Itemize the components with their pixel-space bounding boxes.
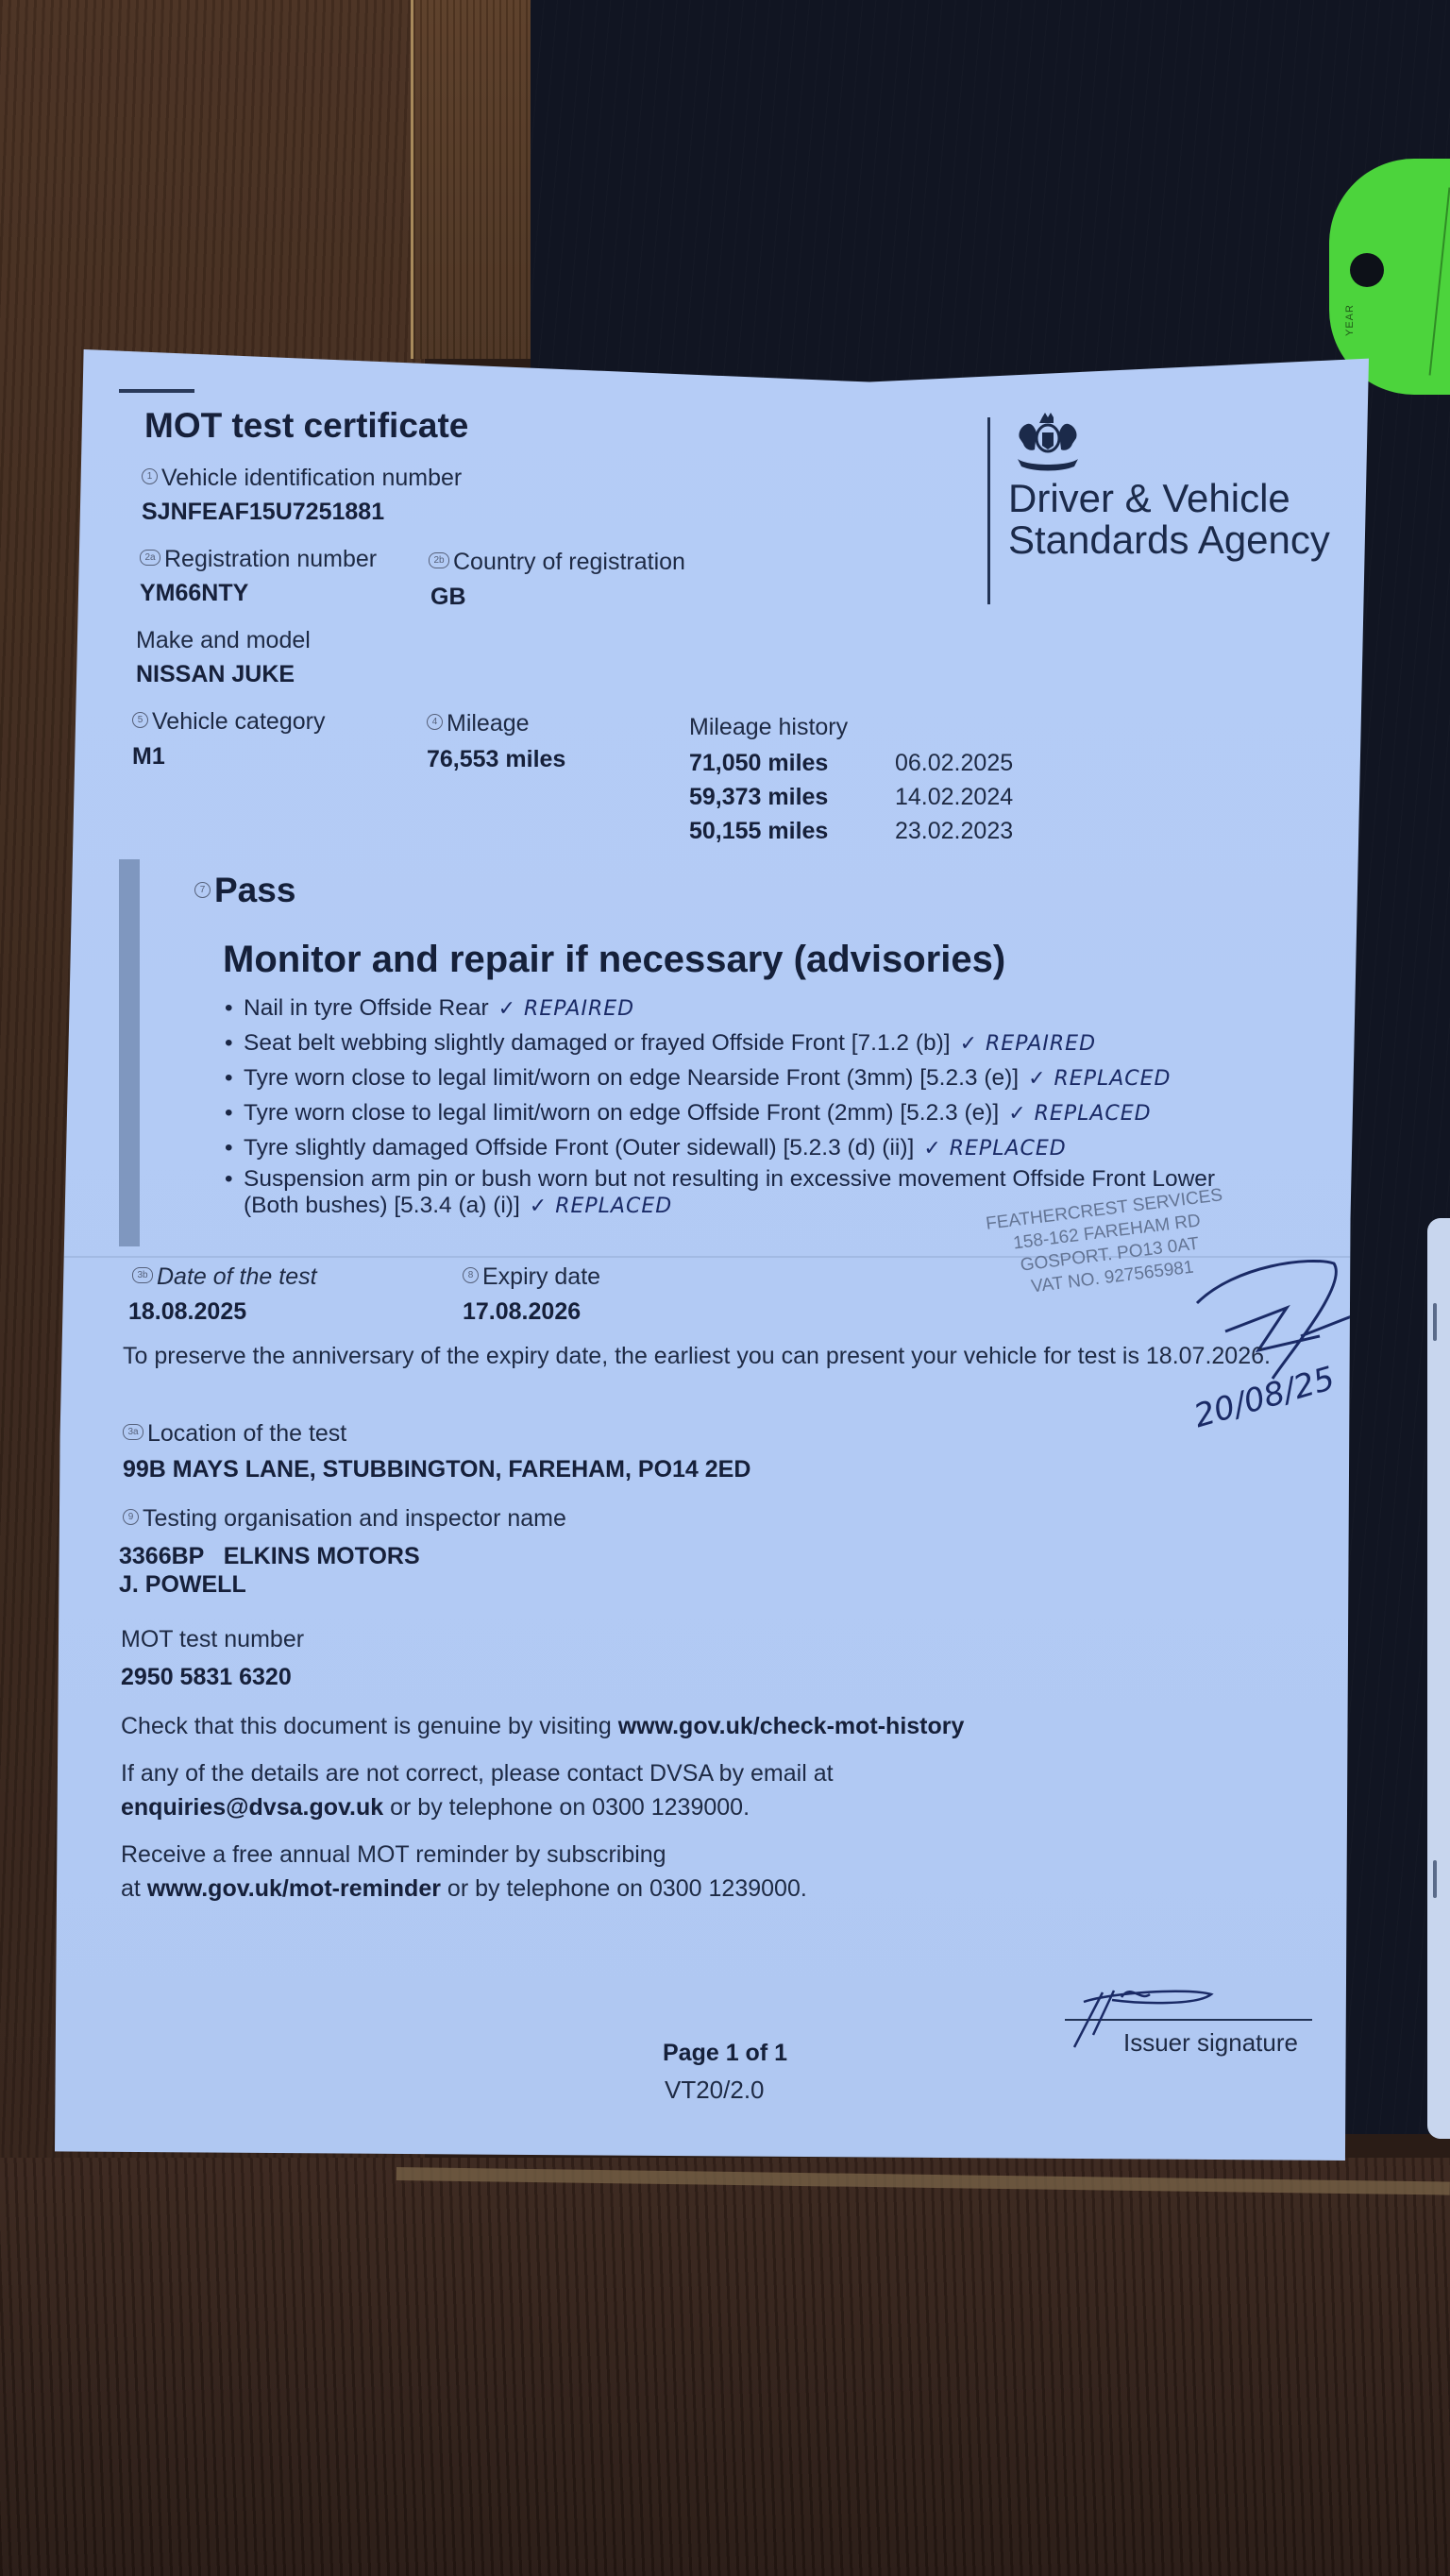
inspector-name: J. POWELL xyxy=(119,1571,246,1599)
header-rule xyxy=(119,389,194,393)
contact-line: enquiries@dvsa.gov.uk or by telephone on… xyxy=(121,1794,750,1822)
advisories-heading: Monitor and repair if necessary (advisor… xyxy=(223,939,1005,981)
contact-email-link[interactable]: enquiries@dvsa.gov.uk xyxy=(121,1794,383,1821)
handwritten-note: ✓ REPLACED xyxy=(1008,1102,1151,1126)
field-number-badge: 8 xyxy=(463,1267,479,1283)
advisory-item: Tyre worn close to legal limit/worn on e… xyxy=(223,1096,1356,1131)
contact-text: If any of the details are not correct, p… xyxy=(121,1760,834,1788)
certificate-title: MOT test certificate xyxy=(144,406,468,446)
handwritten-note: ✓ REPLACED xyxy=(1028,1067,1171,1091)
advisory-item: Nail in tyre Offside Rear✓ REPAIRED xyxy=(223,991,1356,1026)
testing-organisation: 3366BP ELKINS MOTORS xyxy=(119,1543,420,1570)
mileage-history-date: 06.02.2025 xyxy=(895,750,1013,777)
field-number-badge: 5 xyxy=(132,712,148,728)
field-number-badge: 9 xyxy=(123,1509,139,1525)
field-number-badge: 3b xyxy=(132,1267,153,1283)
field-number-badge: 2a xyxy=(140,550,160,566)
handwritten-note: ✓ REPLACED xyxy=(530,1195,672,1218)
tester-label: 9Testing organisation and inspector name xyxy=(123,1505,566,1533)
binding-slot xyxy=(1433,1860,1437,1898)
check-genuine-text: Check that this document is genuine by v… xyxy=(121,1713,964,1740)
vin-label: 1Vehicle identification number xyxy=(142,465,462,492)
mot-certificate: MOT test certificate Driver & Vehicle St… xyxy=(55,349,1369,2161)
handwritten-note: ✓ REPAIRED xyxy=(960,1032,1096,1056)
disc-holder-year-label: YEAR xyxy=(1344,304,1356,336)
advisory-item: Seat belt webbing slightly damaged or fr… xyxy=(223,1026,1356,1061)
expiry-date-value: 17.08.2026 xyxy=(463,1298,581,1326)
form-code: VT20/2.0 xyxy=(665,2076,765,2105)
page-indicator: Page 1 of 1 xyxy=(663,2040,787,2067)
field-number-badge: 7 xyxy=(194,882,211,898)
mileage-value: 76,553 miles xyxy=(427,746,565,773)
field-number-badge: 3a xyxy=(123,1424,143,1440)
test-result: 7Pass xyxy=(194,871,295,910)
check-mot-history-link[interactable]: www.gov.uk/check-mot-history xyxy=(618,1713,965,1739)
location-value: 99B MAYS LANE, STUBBINGTON, FAREHAM, PO1… xyxy=(123,1456,750,1483)
second-document-edge xyxy=(1427,1218,1450,2139)
mileage-history-label: Mileage history xyxy=(689,714,848,741)
handwritten-note: ✓ REPLACED xyxy=(923,1137,1066,1161)
wooden-desk-edge xyxy=(411,0,531,359)
binding-slot xyxy=(1433,1303,1437,1341)
royal-coat-of-arms-icon xyxy=(1008,412,1087,474)
advisory-item: Tyre worn close to legal limit/worn on e… xyxy=(223,1061,1356,1096)
country-label: 2bCountry of registration xyxy=(429,549,685,576)
test-number-value: 2950 5831 6320 xyxy=(121,1664,292,1691)
vin-value: SJNFEAF15U7251881 xyxy=(142,499,384,526)
disc-holder-divider xyxy=(1429,187,1450,375)
disc-holder-hole xyxy=(1350,253,1384,287)
location-label: 3aLocation of the test xyxy=(123,1420,346,1448)
field-number-badge: 2b xyxy=(429,552,449,568)
wooden-desk-surface-bottom xyxy=(0,2158,1450,2576)
tax-disc-holder: YEAR xyxy=(1329,159,1450,395)
category-label: 5Vehicle category xyxy=(132,708,325,736)
mileage-label: 4Mileage xyxy=(427,710,530,737)
category-value: M1 xyxy=(132,743,165,771)
mileage-history-miles: 59,373 miles xyxy=(689,784,828,811)
advisories-list: Nail in tyre Offside Rear✓ REPAIRED Seat… xyxy=(223,991,1356,1220)
anniversary-note: To preserve the anniversary of the expir… xyxy=(123,1339,1293,1373)
mileage-history-date: 14.02.2024 xyxy=(895,784,1013,811)
mot-reminder-link[interactable]: www.gov.uk/mot-reminder xyxy=(147,1875,441,1902)
reminder-text: Receive a free annual MOT reminder by su… xyxy=(121,1841,666,1869)
test-date-label: 3bDate of the test xyxy=(132,1263,317,1291)
pass-indicator-bar xyxy=(119,859,140,1246)
handwritten-note: ✓ REPAIRED xyxy=(498,997,634,1021)
field-number-badge: 4 xyxy=(427,714,443,730)
reminder-line: at www.gov.uk/mot-reminder or by telepho… xyxy=(121,1875,807,1903)
field-number-badge: 1 xyxy=(142,468,158,484)
mileage-history-miles: 50,155 miles xyxy=(689,818,828,845)
test-date-value: 18.08.2025 xyxy=(128,1298,246,1326)
mileage-history-date: 23.02.2023 xyxy=(895,818,1013,845)
advisory-item: Tyre slightly damaged Offside Front (Out… xyxy=(223,1131,1356,1166)
registration-value: YM66NTY xyxy=(140,580,248,607)
logo-divider xyxy=(987,417,990,604)
agency-name: Driver & Vehicle Standards Agency xyxy=(1008,478,1367,561)
issuer-signature-label: Issuer signature xyxy=(1123,2028,1298,2058)
test-number-label: MOT test number xyxy=(121,1626,304,1653)
expiry-date-label: 8Expiry date xyxy=(463,1263,600,1291)
mileage-history-miles: 71,050 miles xyxy=(689,750,828,777)
registration-label: 2aRegistration number xyxy=(140,546,377,573)
make-model-label: Make and model xyxy=(136,627,311,654)
country-value: GB xyxy=(430,584,466,611)
make-model-value: NISSAN JUKE xyxy=(136,661,295,688)
